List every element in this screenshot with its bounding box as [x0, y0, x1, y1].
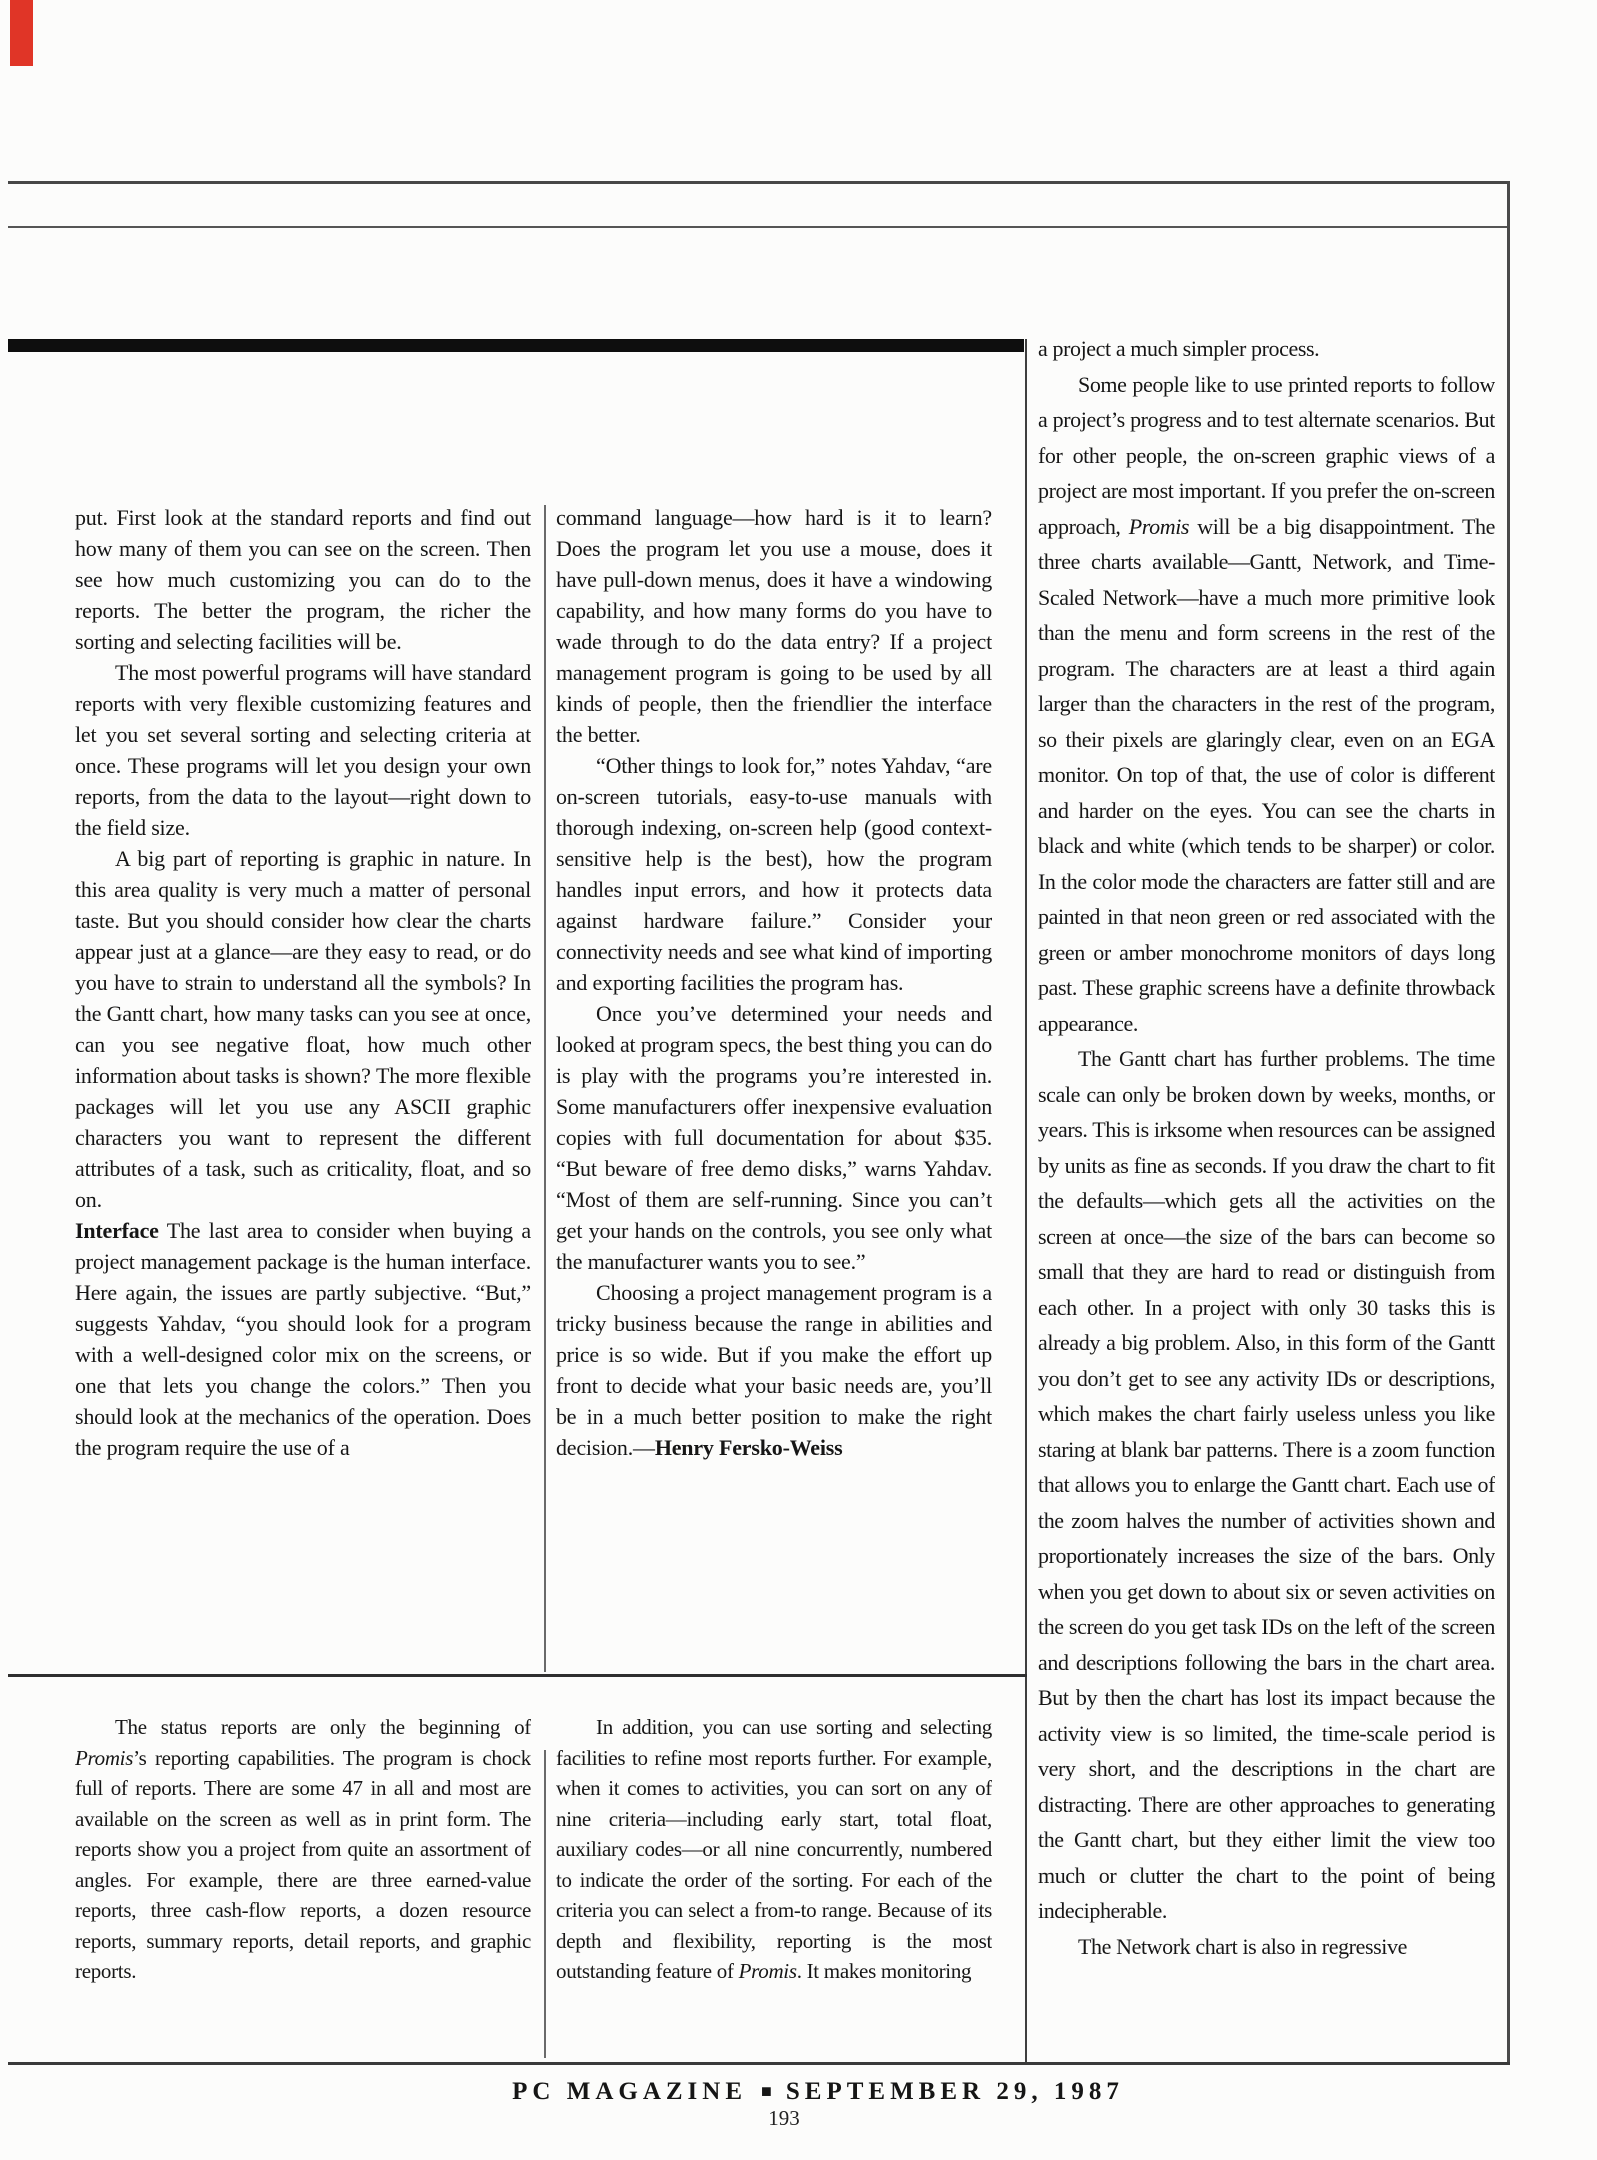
paragraph: “Other things to look for,” notes Yahdav… [556, 750, 992, 998]
bottom-columns-divider [544, 1750, 546, 2058]
body-text: The Network chart is also in regressive [1078, 1934, 1407, 1959]
paragraph: Some people like to use printed reports … [1038, 367, 1495, 1042]
paragraph: In addition, you can use sorting and sel… [556, 1712, 992, 1987]
body-text: will be a big disappointment. The three … [1038, 514, 1495, 1036]
paragraph: The most powerful programs will have sta… [75, 657, 531, 843]
bold-text: Interface [75, 1218, 159, 1243]
footer-magazine-title: PC MAGAZINE [512, 2078, 747, 2105]
paragraph: The Network chart is also in regressive [1038, 1929, 1495, 1965]
paragraph: Interface The last area to consider when… [75, 1215, 531, 1463]
body-text: command language—how hard is it to learn… [556, 505, 992, 747]
italic-text: Promis [1129, 514, 1189, 539]
magazine-page: put. First look at the standard reports … [0, 0, 1597, 2160]
sidebar-column-2: command language—how hard is it to learn… [556, 502, 992, 1672]
paragraph: Once you’ve determined your needs and lo… [556, 998, 992, 1277]
column3-left-rule [1025, 339, 1027, 2064]
paragraph: The Gantt chart has further problems. Th… [1038, 1041, 1495, 1929]
sidebar-top-bar [8, 339, 1024, 352]
paragraph: A big part of reporting is graphic in na… [75, 843, 531, 1215]
paragraph: The status reports are only the beginnin… [75, 1712, 531, 1987]
footer-date: SEPTEMBER 29, 1987 [786, 2078, 1124, 2105]
body-text: The Gantt chart has further problems. Th… [1038, 1046, 1495, 1923]
body-text: The most powerful programs will have sta… [75, 660, 531, 840]
top-rule-1 [8, 181, 1510, 184]
body-text: The last area to consider when buying a … [75, 1218, 531, 1460]
paragraph: Choosing a project management program is… [556, 1277, 992, 1463]
body-text: ’s reporting capabilities. The program i… [75, 1746, 531, 1984]
body-text: “Other things to look for,” notes Yahdav… [556, 753, 992, 995]
bold-text: Henry Fersko-Weiss [655, 1435, 843, 1460]
top-rule-2 [8, 226, 1510, 228]
red-registration-mark [10, 0, 33, 66]
sidebar-column-1: put. First look at the standard reports … [75, 502, 531, 1672]
body-text: Choosing a project management program is… [556, 1280, 992, 1460]
body-text: put. First look at the standard reports … [75, 505, 531, 654]
footer-square-bullet-icon: ■ [761, 2081, 772, 2101]
bottom-middle-column: In addition, you can use sorting and sel… [556, 1712, 992, 2060]
body-text: . It makes monitoring [797, 1959, 972, 1983]
italic-text: Promis [75, 1746, 133, 1770]
bottom-left-column: The status reports are only the beginnin… [75, 1712, 531, 2060]
body-text: In addition, you can use sorting and sel… [556, 1715, 992, 1983]
right-border-rule [1507, 181, 1510, 2064]
body-text: Once you’ve determined your needs and lo… [556, 1001, 992, 1274]
body-text: a project a much simpler process. [1038, 336, 1319, 361]
footer-rule [8, 2062, 1510, 2065]
body-text: The status reports are only the beginnin… [115, 1715, 531, 1739]
sidebar-bottom-rule [8, 1674, 1027, 1677]
paragraph: a project a much simpler process. [1038, 331, 1495, 367]
column-1-2-divider [544, 505, 546, 1672]
paragraph: put. First look at the standard reports … [75, 502, 531, 657]
italic-text: Promis [739, 1959, 797, 1983]
body-text: A big part of reporting is graphic in na… [75, 846, 531, 1212]
paragraph: command language—how hard is it to learn… [556, 502, 992, 750]
footer-text: PC MAGAZINE■SEPTEMBER 29, 1987 [512, 2078, 1124, 2106]
review-column-3: a project a much simpler process.Some pe… [1038, 331, 1495, 2057]
page-number: 193 [768, 2106, 800, 2131]
